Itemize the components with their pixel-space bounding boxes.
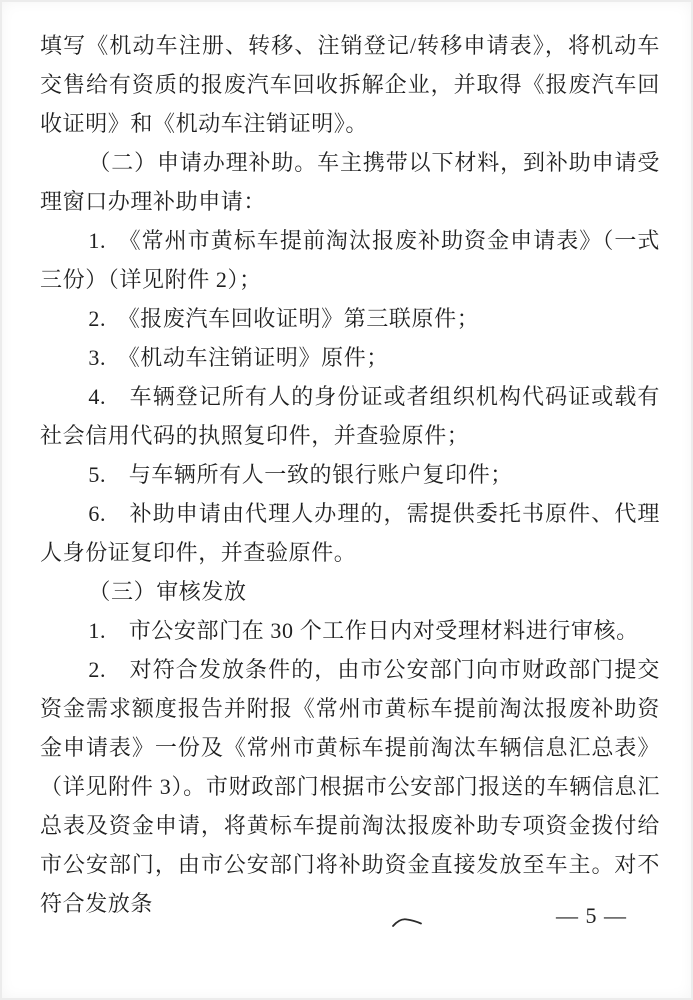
list-item: 6. 补助申请由代理人办理的，需提供委托书原件、代理人身份证复印件，并查验原件。 <box>40 494 660 572</box>
list-item: 4. 车辆登记所有人的身份证或者组织机构代码证或载有社会信用代码的执照复印件，并… <box>40 377 660 455</box>
paragraph: （二）申请办理补助。车主携带以下材料，到补助申请受理窗口办理补助申请： <box>40 143 660 221</box>
list-item: 2. 《报废汽车回收证明》第三联原件； <box>40 299 660 338</box>
list-item: 2. 对符合发放条件的，由市公安部门向市财政部门提交资金需求额度报告并附报《常州… <box>40 650 660 923</box>
list-item: 1. 市公安部门在 30 个工作日内对受理材料进行审核。 <box>40 611 660 650</box>
pen-arc-mark-icon <box>391 916 423 930</box>
list-item: 5. 与车辆所有人一致的银行账户复印件； <box>40 455 660 494</box>
list-item: 3. 《机动车注销证明》原件； <box>40 338 660 377</box>
paragraph: 填写《机动车注册、转移、注销登记/转移申请表》，将机动车交售给有资质的报废汽车回… <box>40 26 660 143</box>
list-item: 1. 《常州市黄标车提前淘汰报废补助资金申请表》（一式三份）（详见附件 2）； <box>40 221 660 299</box>
section-heading: （三）审核发放 <box>40 572 660 611</box>
document-body: 填写《机动车注册、转移、注销登记/转移申请表》，将机动车交售给有资质的报废汽车回… <box>40 26 660 923</box>
scanned-document-page: 填写《机动车注册、转移、注销登记/转移申请表》，将机动车交售给有资质的报废汽车回… <box>0 0 693 1000</box>
page-number: — 5 — <box>556 903 627 929</box>
